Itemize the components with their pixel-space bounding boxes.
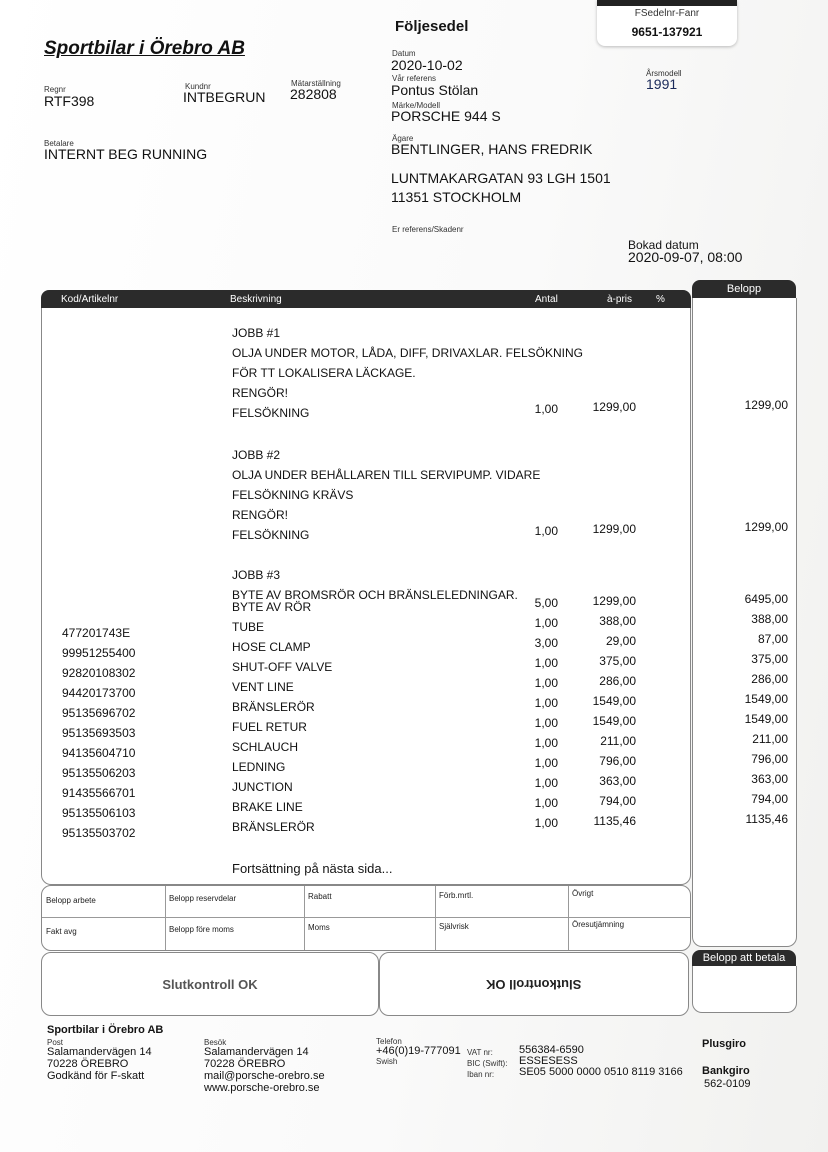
footer-besok-line2: 70228 ÖREBRO bbox=[204, 1058, 285, 1070]
row-code: 92820108302 bbox=[62, 666, 135, 680]
row-quantity: 1,00 bbox=[512, 756, 558, 770]
row-code: 95135503702 bbox=[62, 826, 135, 840]
slutkontroll-left: Slutkontroll OK bbox=[41, 952, 379, 1016]
address-line2: 11351 STOCKHOLM bbox=[391, 189, 521, 205]
row-description: HOSE CLAMP bbox=[232, 640, 311, 654]
slutkontroll-left-text: Slutkontroll OK bbox=[162, 977, 257, 992]
footer-bankgiro-value: 562-0109 bbox=[704, 1078, 751, 1090]
footer-plusgiro-label: Plusgiro bbox=[702, 1038, 746, 1050]
footer-vat-label: VAT nr: bbox=[467, 1048, 493, 1057]
fsedel-box: FSedelnr-Fanr 9651-137921 bbox=[597, 0, 737, 46]
summary-grid: Belopp arbete Belopp reservdelar Rabatt … bbox=[41, 885, 691, 951]
marke-modell-value: PORSCHE 944 S bbox=[391, 108, 501, 124]
row-amount: 1549,00 bbox=[700, 692, 788, 706]
row-code: 99951255400 bbox=[62, 646, 135, 660]
row-amount: 388,00 bbox=[700, 612, 788, 626]
row-unit-price: 1299,00 bbox=[568, 594, 636, 608]
belopp-att-betala-label: Belopp att betala bbox=[692, 950, 796, 966]
row-unit-price: 1549,00 bbox=[568, 714, 636, 728]
row-description: OLJA UNDER MOTOR, LÅDA, DIFF, DRIVAXLAR.… bbox=[232, 346, 583, 360]
row-quantity: 1,00 bbox=[512, 776, 558, 790]
forb-mrtl-label: Förb.mrtl. bbox=[439, 891, 473, 900]
row-description: BYTE AV RÖR bbox=[232, 600, 311, 614]
row-description: FUEL RETUR bbox=[232, 720, 307, 734]
er-referens-label: Er referens/Skadenr bbox=[392, 225, 464, 234]
footer-post-line3: Godkänd för F-skatt bbox=[47, 1070, 144, 1082]
row-description: JUNCTION bbox=[232, 780, 293, 794]
row-code: 95135696702 bbox=[62, 706, 135, 720]
row-quantity: 1,00 bbox=[512, 696, 558, 710]
row-description: RENGÖR! bbox=[232, 508, 288, 522]
ovrigt-label: Övrigt bbox=[572, 889, 593, 898]
row-quantity: 1,00 bbox=[512, 656, 558, 670]
slutkontroll-right: Slutkontroll OK bbox=[379, 952, 689, 1016]
row-unit-price: 363,00 bbox=[568, 774, 636, 788]
slutkontroll-right-text: Slutkontroll OK bbox=[486, 977, 581, 992]
row-amount: 375,00 bbox=[700, 652, 788, 666]
var-referens-value: Pontus Stölan bbox=[391, 82, 478, 98]
matarstallning-value: 282808 bbox=[290, 86, 337, 102]
moms-label: Moms bbox=[308, 923, 330, 932]
row-description: BRÄNSLERÖR bbox=[232, 820, 315, 834]
row-quantity: 1,00 bbox=[512, 676, 558, 690]
row-description: FELSÖKNING KRÄVS bbox=[232, 488, 353, 502]
row-description: BRAKE LINE bbox=[232, 800, 303, 814]
row-description: FÖR TT LOKALISERA LÄCKAGE. bbox=[232, 366, 416, 380]
row-amount: 6495,00 bbox=[700, 592, 788, 606]
row-quantity: 1,00 bbox=[512, 402, 558, 416]
row-description: LEDNING bbox=[232, 760, 285, 774]
row-code: 95135506103 bbox=[62, 806, 135, 820]
footer-iban-value: SE05 5000 0000 0510 8119 3166 bbox=[519, 1066, 683, 1078]
row-description: SHUT-OFF VALVE bbox=[232, 660, 332, 674]
row-amount: 796,00 bbox=[700, 752, 788, 766]
belopp-att-betala-box bbox=[692, 966, 797, 1013]
row-amount: 286,00 bbox=[700, 672, 788, 686]
bokad-datum-value: 2020-09-07, 08:00 bbox=[628, 249, 742, 265]
row-unit-price: 1299,00 bbox=[568, 522, 636, 536]
col-price: à-pris bbox=[607, 294, 632, 305]
row-unit-price: 796,00 bbox=[568, 754, 636, 768]
regnr-value: RTF398 bbox=[44, 93, 94, 109]
row-description: VENT LINE bbox=[232, 680, 294, 694]
table-header: Kod/Artikelnr Beskrivning Antal à-pris % bbox=[41, 290, 691, 308]
belopp-arbete-label: Belopp arbete bbox=[46, 896, 96, 905]
continuation-note: Fortsättning på nästa sida... bbox=[232, 861, 392, 876]
row-unit-price: 1135,46 bbox=[568, 814, 636, 828]
row-quantity: 1,00 bbox=[512, 616, 558, 630]
footer-besok-line1: Salamandervägen 14 bbox=[204, 1046, 309, 1058]
row-amount: 363,00 bbox=[700, 772, 788, 786]
fsedel-label: FSedelnr-Fanr bbox=[597, 8, 737, 19]
row-unit-price: 286,00 bbox=[568, 674, 636, 688]
kundnr-value: INTBEGRUN bbox=[183, 89, 265, 105]
row-description: OLJA UNDER BEHÅLLAREN TILL SERVIPUMP. VI… bbox=[232, 468, 540, 482]
footer-email[interactable]: mail@porsche-orebro.se bbox=[204, 1070, 325, 1082]
footer-bankgiro-label: Bankgiro bbox=[702, 1065, 750, 1077]
footer-post-line2: 70228 ÖREBRO bbox=[47, 1058, 128, 1070]
row-description: SCHLAUCH bbox=[232, 740, 298, 754]
row-unit-price: 375,00 bbox=[568, 654, 636, 668]
footer-company: Sportbilar i Örebro AB bbox=[47, 1024, 163, 1036]
sjalvrisk-label: Självrisk bbox=[439, 922, 469, 931]
betalare-value: INTERNT BEG RUNNING bbox=[44, 146, 207, 162]
row-amount: 211,00 bbox=[700, 732, 788, 746]
row-unit-price: 1299,00 bbox=[568, 400, 636, 414]
row-quantity: 5,00 bbox=[512, 596, 558, 610]
row-description: JOBB #3 bbox=[232, 568, 280, 582]
oresutjamning-label: Öresutjämning bbox=[572, 920, 624, 929]
agare-value: BENTLINGER, HANS FREDRIK bbox=[391, 141, 592, 157]
row-amount: 87,00 bbox=[700, 632, 788, 646]
footer-bic-label: BIC (Swift): bbox=[467, 1059, 507, 1068]
rabatt-label: Rabatt bbox=[308, 892, 332, 901]
row-amount: 1549,00 bbox=[700, 712, 788, 726]
datum-value: 2020-10-02 bbox=[391, 57, 463, 73]
row-unit-price: 29,00 bbox=[568, 634, 636, 648]
row-amount: 794,00 bbox=[700, 792, 788, 806]
row-unit-price: 794,00 bbox=[568, 794, 636, 808]
row-quantity: 1,00 bbox=[512, 716, 558, 730]
row-description: JOBB #1 bbox=[232, 326, 280, 340]
document-title: Följesedel bbox=[395, 18, 468, 35]
row-code: 477201743E bbox=[62, 626, 130, 640]
row-amount: 1299,00 bbox=[700, 398, 788, 412]
row-code: 95135506203 bbox=[62, 766, 135, 780]
row-description: FELSÖKNING bbox=[232, 528, 309, 542]
row-description: TUBE bbox=[232, 620, 264, 634]
footer-iban-label: Iban nr: bbox=[467, 1070, 494, 1079]
row-description: JOBB #2 bbox=[232, 448, 280, 462]
row-unit-price: 211,00 bbox=[568, 734, 636, 748]
row-description: RENGÖR! bbox=[232, 386, 288, 400]
row-code: 94135604710 bbox=[62, 746, 135, 760]
footer-swish-label: Swish bbox=[376, 1057, 397, 1066]
row-quantity: 1,00 bbox=[512, 796, 558, 810]
row-description: FELSÖKNING bbox=[232, 406, 309, 420]
fsedel-value: 9651-137921 bbox=[597, 25, 737, 39]
row-quantity: 1,00 bbox=[512, 816, 558, 830]
fakt-avg-label: Fakt avg bbox=[46, 927, 77, 936]
footer-post-line1: Salamandervägen 14 bbox=[47, 1046, 152, 1058]
footer-telefon-value: +46(0)19-777091 bbox=[376, 1045, 461, 1057]
row-quantity: 1,00 bbox=[512, 524, 558, 538]
col-qty: Antal bbox=[535, 294, 558, 305]
col-amount: Belopp bbox=[692, 280, 796, 298]
row-code: 94420173700 bbox=[62, 686, 135, 700]
row-quantity: 3,00 bbox=[512, 636, 558, 650]
address-line1: LUNTMAKARGATAN 93 LGH 1501 bbox=[391, 170, 611, 186]
company-name: Sportbilar i Örebro AB bbox=[44, 38, 245, 60]
row-code: 95135693503 bbox=[62, 726, 135, 740]
row-quantity: 1,00 bbox=[512, 736, 558, 750]
col-desc: Beskrivning bbox=[230, 294, 282, 305]
arsmodell-value: 1991 bbox=[646, 76, 677, 92]
belopp-reservdelar-label: Belopp reservdelar bbox=[169, 894, 236, 903]
col-code: Kod/Artikelnr bbox=[61, 294, 118, 305]
belopp-fore-moms-label: Belopp före moms bbox=[169, 925, 234, 934]
row-unit-price: 388,00 bbox=[568, 614, 636, 628]
col-pct: % bbox=[656, 294, 665, 305]
row-amount: 1135,46 bbox=[700, 812, 788, 826]
footer-website[interactable]: www.porsche-orebro.se bbox=[204, 1082, 320, 1094]
row-code: 91435566701 bbox=[62, 786, 135, 800]
row-unit-price: 1549,00 bbox=[568, 694, 636, 708]
row-description: BRÄNSLERÖR bbox=[232, 700, 315, 714]
row-amount: 1299,00 bbox=[700, 520, 788, 534]
